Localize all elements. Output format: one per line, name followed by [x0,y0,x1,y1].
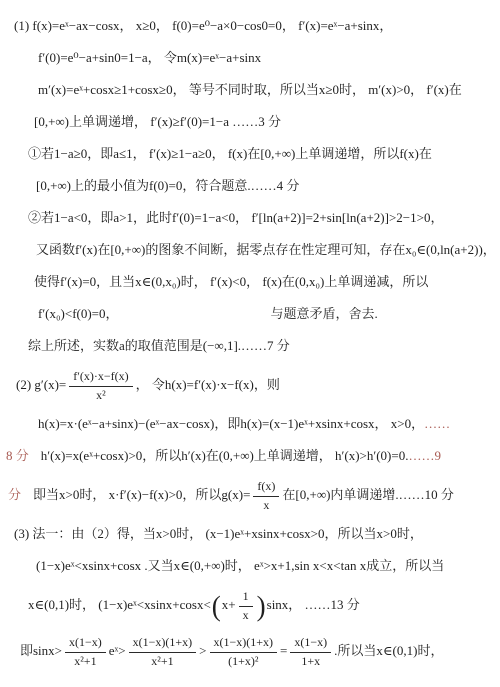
fraction-denominator: 1+x [290,653,331,670]
fraction-numerator: f′(x)·x−f(x) [69,369,132,387]
part2-line1: (2) g′(x)=f′(x)·x−f(x)x²， 令h(x)=f′(x)·x−… [16,362,494,408]
formula-text: > [199,643,206,658]
fraction: f′(x)·x−f(x)x² [69,369,132,403]
part1-line5-case1: ①若1−a≥0，即a≤1， f′(x)≥1−a≥0， f(x)在[0,+∞)上单… [28,138,494,170]
fraction-numerator: 1 [239,589,253,607]
formula-text: x∈(0,1)时， (1−x)eˣ<xsinx+cosx< [28,597,211,612]
fraction-denominator: x²+1 [65,653,106,670]
fraction-denominator: x [239,607,253,624]
fraction-numerator: x(1−x)(1+x) [210,635,278,653]
fraction: x(1−x)x²+1 [65,635,106,669]
fraction-numerator: x(1−x) [65,635,106,653]
part3-line2: (1−x)eˣ<xsinx+cosx .又当x∈(0,+∞)时， eˣ>x+1,… [36,550,494,582]
fraction-denominator: x [253,497,279,514]
fraction-numerator: x(1−x)(1+x) [129,635,197,653]
formula-text: [0,+∞)上单调递增， f′(x)≥f′(0)=1−a ……3 分 [34,114,281,129]
formula-text: .所以当x∈(0,1)时， [334,643,443,658]
big-left-paren: ( [212,592,221,620]
big-right-paren: ) [257,592,266,620]
formula-text: 在[0,+∞)内单调递增.……10 分 [282,487,454,502]
part2-line2: h(x)=x·(eˣ−a+sinx)−(eˣ−ax−cosx)，即h(x)=(x… [38,408,494,440]
formula-text: 即当x>0时， x·f′(x)−f(x)>0，所以g(x)= [33,487,250,502]
formula-text: 又函数f′(x)在[0,+∞)的图象不间断，据零点存在性定理可知，存在x₀∈(0… [36,242,496,257]
part3-line3: x∈(0,1)时， (1−x)eˣ<xsinx+cosx<(x+1x)sinx，… [28,582,494,628]
formula-text: = [280,643,287,658]
formula-text: h′(x)=x(eˣ+cosx)>0，所以h′(x)在(0,+∞)上单调递增， … [41,448,409,463]
part1-line1: (1) f(x)=eˣ−ax−cosx， x≥0， f(0)=e⁰−a×0−co… [14,10,494,42]
formula-text: (1) f(x)=eˣ−ax−cosx， x≥0， f(0)=e⁰−a×0−co… [14,18,392,33]
part1-line2: f′(0)=e⁰−a+sin0=1−a， 令m(x)=eˣ−a+sinx [38,42,494,74]
formula-text: [0,+∞)上的最小值为f(0)=0，符合题意.……4 分 [36,178,299,193]
formula-text: (2) g′(x)= [16,377,66,392]
solution-document: (1) f(x)=eˣ−ax−cosx， x≥0， f(0)=e⁰−a×0−co… [0,0,500,674]
formula-text: ②若1−a<0，即a>1，此时f′(0)=1−a<0， f′[ln(a+2)]=… [28,210,443,225]
fraction-denominator: (1+x)² [210,653,278,670]
score-marker: 分 [8,487,21,502]
part3-line1: (3) 法一：由（2）得，当x>0时， (x−1)eˣ+xsinx+cosx>0… [14,518,494,550]
formula-text: 即sinx> [20,643,62,658]
fraction: x(1−x)1+x [290,635,331,669]
part2-line4: 分即当x>0时， x·f′(x)−f(x)>0，所以g(x)=f(x)x在[0,… [8,472,494,518]
part1-line9: 使得f′(x)=0，且当x∈(0,x₀)时， f′(x)<0， f(x)在(0,… [34,266,494,298]
part1-line6: [0,+∞)上的最小值为f(0)=0，符合题意.……4 分 [36,170,494,202]
score-dots: ……9 [408,448,441,463]
fraction-numerator: x(1−x) [290,635,331,653]
formula-text: ， 令h(x)=f′(x)·x−f(x)，则 [136,377,280,392]
fraction-denominator: x²+1 [129,653,197,670]
fraction-denominator: x² [69,387,132,404]
part1-line4: [0,+∞)上单调递增， f′(x)≥f′(0)=1−a ……3 分 [34,106,494,138]
part1-line8: 又函数f′(x)在[0,+∞)的图象不间断，据零点存在性定理可知，存在x₀∈(0… [36,234,494,266]
formula-text: 使得f′(x)=0，且当x∈(0,x₀)时， f′(x)<0， f(x)在(0,… [34,274,428,289]
formula-text: m′(x)=eˣ+cosx≥1+cosx≥0， 等号不同时取，所以当x≥0时， … [38,82,462,97]
formula-text: ①若1−a≥0，即a≤1， f′(x)≥1−a≥0， f(x)在[0,+∞)上单… [28,146,432,161]
fraction: 1x [239,589,253,623]
part2-line3: 8 分h′(x)=x(eˣ+cosx)>0，所以h′(x)在(0,+∞)上单调递… [6,440,494,472]
formula-text: eˣ> [109,643,126,658]
part1-conclusion: 综上所述，实数a的取值范围是(−∞,1].……7 分 [28,330,494,362]
fraction-numerator: f(x) [253,479,279,497]
part1-line7-case2: ②若1−a<0，即a>1，此时f′(0)=1−a<0， f′[ln(a+2)]=… [28,202,494,234]
score-dots: …… [424,416,450,431]
fraction: x(1−x)(1+x)x²+1 [129,635,197,669]
contradiction-note: 与题意矛盾，舍去. [271,298,378,330]
formula-text: (1−x)eˣ<xsinx+cosx .又当x∈(0,+∞)时， eˣ>x+1,… [36,558,444,573]
formula-text: sinx， ……13 分 [267,597,360,612]
fraction: f(x)x [253,479,279,513]
part1-line10: f′(x₀)<f(0)=0，与题意矛盾，舍去. [38,298,494,330]
part1-line3: m′(x)=eˣ+cosx≥1+cosx≥0， 等号不同时取，所以当x≥0时， … [38,74,494,106]
part3-line4: 即sinx>x(1−x)x²+1eˣ>x(1−x)(1+x)x²+1>x(1−x… [20,628,494,674]
formula-text: x+ [222,597,236,612]
formula-text: f′(0)=e⁰−a+sin0=1−a， 令m(x)=eˣ−a+sinx [38,50,261,65]
formula-text: 综上所述，实数a的取值范围是(−∞,1].……7 分 [28,338,290,353]
score-marker: 8 分 [6,448,29,463]
formula-text: h(x)=x·(eˣ−a+sinx)−(eˣ−ax−cosx)，即h(x)=(x… [38,416,424,431]
formula-text: f′(x₀)<f(0)=0， [38,306,119,321]
fraction: x(1−x)(1+x)(1+x)² [210,635,278,669]
formula-text: (3) 法一：由（2）得，当x>0时， (x−1)eˣ+xsinx+cosx>0… [14,526,423,541]
